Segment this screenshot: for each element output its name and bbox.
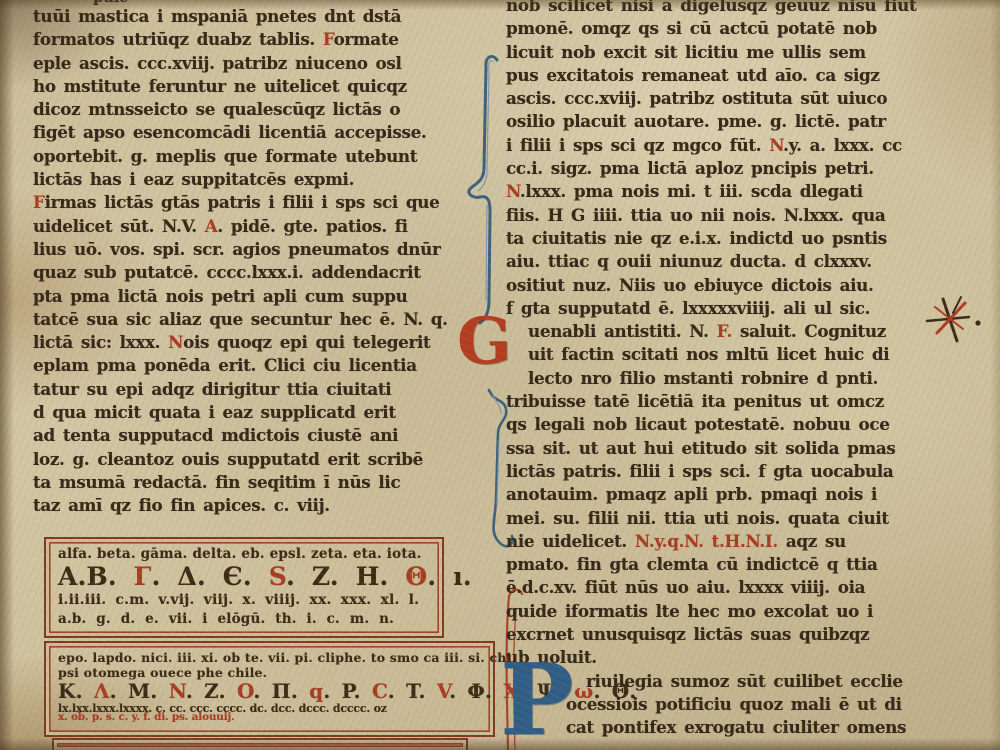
manuscript-line: anotauim. pmaqz apli prb. pmaqi nois i — [506, 483, 968, 506]
manuscript-line: dicoz mtnsseicto se qualescūqz lictās o — [33, 98, 478, 121]
manuscript-line: tuūi mastica i mspaniā pnetes dnt dstā — [33, 5, 478, 28]
table-row: K. Λ. M. N. Z. O. Π. q. P. C. T. V. Φ. X… — [58, 680, 483, 703]
manuscript-line: lictās patris. filii i sps sci. f gta uo… — [506, 460, 968, 483]
right-text-column: nob scilicet nisi a digelusqz geuuz nisū… — [506, 0, 968, 740]
manuscript-line: ho mstitute feruntur ne uitelicet quicqz — [33, 75, 478, 98]
manuscript-line: quaz sub putatcē. cccc.lxxx.i. addendacr… — [33, 261, 478, 284]
manuscript-line: pus excitatois remaneat utd aīo. ca sigz — [506, 64, 968, 87]
manuscript-line: formatos utriūqz duabz tablis. Formate — [33, 28, 478, 51]
table-row: epo. lapdo. nici. iii. xi. ob te. vii. p… — [58, 650, 483, 665]
manuscript-line: osilio placuit auotare. pme. g. lictē. p… — [506, 110, 968, 133]
manuscript-line: mei. su. filii nii. ttia uti nois. quata… — [506, 507, 968, 530]
greek-alphabet-table-1: alfa. beta. gāma. delta. eb. epsl. zeta.… — [44, 537, 444, 638]
table-row: psi otomega ouece phe chile. — [58, 665, 483, 680]
manuscript-line: pmato. fin gta clemta cū indictcē q ttia — [506, 553, 968, 576]
manuscript-line: uidelicet sūt. N.V. A. pidē. gte. patios… — [33, 215, 478, 238]
manuscript-line: ascis. ccc.xviij. patribz ostituta sūt u… — [506, 87, 968, 110]
manuscript-page: puic tuūi mastica i mspaniā pnetes dnt d… — [0, 0, 1000, 750]
left-text-column: puic tuūi mastica i mspaniā pnetes dnt d… — [33, 0, 478, 518]
manuscript-line: tribuisse tatē licētiā ita penitus ut om… — [506, 390, 968, 413]
manuscript-line: fiis. H G iiii. ttia uo nii nois. N.lxxx… — [506, 204, 968, 227]
manuscript-line: loz. g. cleantoz ouis supputatd erit scr… — [33, 448, 478, 471]
manuscript-line: i filii i sps sci qz mgco fūt. N.y. a. l… — [506, 134, 968, 157]
manuscript-line: ta ciuitatis nie qz e.i.x. indictd uo ps… — [506, 227, 968, 250]
table-row: A.B. Γ. Δ. Є. S. Z. H. Θ. ı. — [58, 562, 432, 591]
manuscript-line: ositiut nuz. Niis uo ebiuyce dictois aiu… — [506, 274, 968, 297]
manuscript-line: nob scilicet nisi a digelusqz geuuz nisū… — [506, 0, 968, 17]
manuscript-line: uit factin scitati nos mltū licet huic d… — [506, 343, 968, 366]
decorated-initial-g: G — [457, 316, 512, 367]
manuscript-line: cat pontifex exrogatu ciuliter omens — [506, 716, 968, 739]
manuscript-line: lius uō. vos. spi. scr. agios pneumatos … — [33, 238, 478, 261]
manuscript-line: pta pma lictā nois petri apli cum suppu — [33, 285, 478, 308]
manuscript-line: ub uoluit. — [506, 646, 968, 669]
manuscript-line: taz amī qz fio fin apices. c. viij. — [33, 494, 478, 517]
left-column-lines: tuūi mastica i mspaniā pnetes dnt dstāfo… — [33, 5, 478, 518]
manuscript-line: eplam pma ponēda erit. Clici ciu licenti… — [33, 354, 478, 377]
manuscript-line: d qua micit quata i eaz supplicatd erit — [33, 401, 478, 424]
table-row: alfa. beta. gāma. delta. eb. epsl. zeta.… — [58, 546, 432, 562]
manuscript-line: ta msumā redactā. fin seqitim ī nūs lic — [33, 471, 478, 494]
table-row: a.b. g. d. e. vii. i elōgū. th. i. c. m.… — [58, 610, 432, 628]
manuscript-line: licuit nob excit sit licitiu me ullis se… — [506, 41, 968, 64]
manuscript-line: oportebit. g. meplis que formate utebunt — [33, 145, 478, 168]
manuscript-line: quide iformatis lte hec mo excolat uo i — [506, 600, 968, 623]
manuscript-line: nie uidelicet. N.y.q.N. t.H.N.I. aqz su — [506, 530, 968, 553]
manuscript-line: eple ascis. ccc.xviij. patribz niuceno o… — [33, 52, 478, 75]
manuscript-line: tatur su epi adqz dirigitur ttia ciuitat… — [33, 378, 478, 401]
manuscript-line: ē.d.c.xv. fiūt nūs uo aiu. lxxxx viiij. … — [506, 576, 968, 599]
manuscript-line: lictās has i eaz suppitatcēs expmi. — [33, 168, 478, 191]
manuscript-line: tatcē sua sic aliaz que secuntur hec ē. … — [33, 308, 478, 331]
manuscript-line: f gta supputatd ē. lxxxxxviiij. ali ul s… — [506, 297, 968, 320]
manuscript-line: qs legali nob licaut potestatē. nobuu oc… — [506, 413, 968, 436]
manuscript-line: aiu. ttiac q ouii niunuz ducta. d clxxxv… — [506, 250, 968, 273]
table-row: i.ii.iii. c.m. v.vij. viij. x. viiij. xx… — [58, 591, 432, 610]
manuscript-line: figēt apso esencomcādi licentiā accepiss… — [33, 121, 478, 144]
decorated-initial-p: P — [500, 662, 574, 740]
manuscript-line: Firmas lictās gtās patris i filii i sps … — [33, 191, 478, 214]
greek-alphabet-table-2: epo. lapdo. nici. iii. xi. ob te. vii. p… — [44, 641, 495, 737]
manuscript-line: pmonē. omqz qs si cū actcū potatē nob — [506, 17, 968, 40]
manuscript-line: lictā sic: lxxx. Nois quoqz epi qui tele… — [33, 331, 478, 354]
manuscript-line: uenabli antistiti. N. F. saluit. Cognitu… — [506, 320, 968, 343]
manuscript-line: ssa sit. ut aut hui etitudo sit solida p… — [506, 437, 968, 460]
manuscript-line: ad tenta supputacd mdictois ciustē ani — [33, 424, 478, 447]
manuscript-line: N.lxxx. pma nois mi. t iii. scda dlegati — [506, 180, 968, 203]
manuscript-line: cc.i. sigz. pma lictā aploz pncipis petr… — [506, 157, 968, 180]
manuscript-line: lecto nro filio mstanti robnire d pnti. — [506, 367, 968, 390]
manuscript-line: excrnet unusquisqz lictās suas quibzqz — [506, 623, 968, 646]
partial-table-3 — [52, 738, 468, 750]
